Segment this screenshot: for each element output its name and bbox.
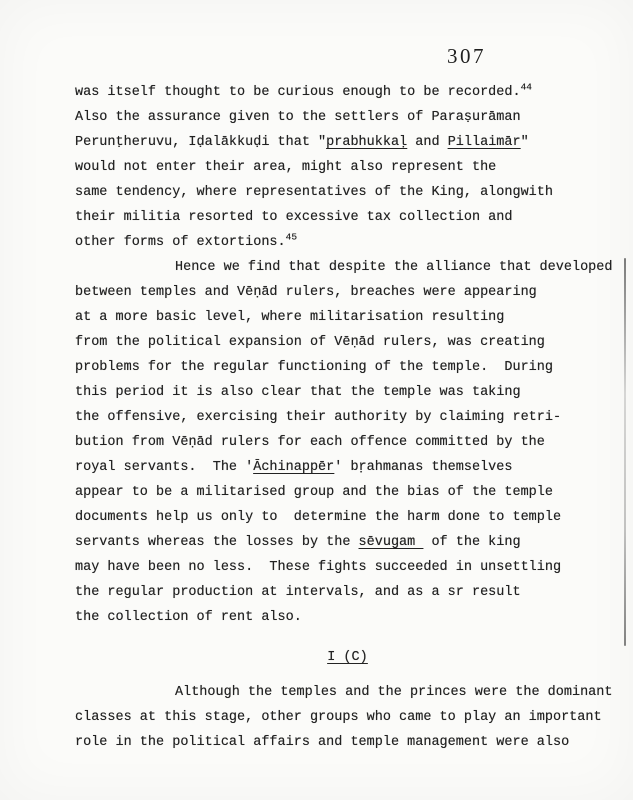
text-line: problems for the regular functioning of … (75, 355, 620, 380)
text-segment: the collection of rent also. (75, 610, 302, 625)
footnote-reference: 45 (286, 232, 297, 243)
text-line: their militia resorted to excessive tax … (75, 205, 620, 230)
text-segment: the offensive, exercising their authorit… (75, 410, 561, 425)
text-segment: Also the assurance given to the settlers… (75, 110, 521, 125)
text-line: bution from Vēṇād rulers for each offenc… (75, 430, 620, 455)
text-line: would not enter their area, might also r… (75, 155, 620, 180)
text-line: royal servants. The 'Āchinappēr' bṛahman… (75, 455, 620, 480)
text-line: appear to be a militarised group and the… (75, 480, 620, 505)
text-line: other forms of extortions.45 (75, 230, 620, 255)
text-line: Hence we find that despite the alliance … (75, 255, 620, 280)
text-segment: Perunṭheruvu, Iḍalākkuḍi that " (75, 135, 326, 150)
text-segment: ' bṛahmanas themselves (334, 460, 512, 475)
text-segment: appear to be a militarised group and the… (75, 485, 553, 500)
text-segment: problems for the regular functioning of … (75, 360, 553, 375)
text-segment: may have been no less. These fights succ… (75, 560, 561, 575)
underlined-term: Pillaimār (448, 135, 521, 150)
text-line: the regular production at intervals, and… (75, 580, 620, 605)
text-line: same tendency, where representatives of … (75, 180, 620, 205)
text-segment: would not enter their area, might also r… (75, 160, 496, 175)
text-line: Perunṭheruvu, Iḍalākkuḍi that "prabhukka… (75, 130, 620, 155)
text-line: the collection of rent also. (75, 605, 620, 630)
text-segment: " (521, 135, 529, 150)
text-line: documents help us only to determine the … (75, 505, 620, 530)
text-line: may have been no less. These fights succ… (75, 555, 620, 580)
text-segment: from the political expansion of Vēṇād ru… (75, 335, 545, 350)
text-segment: Hence we find that despite the alliance … (175, 260, 612, 275)
text-segment: other forms of extortions. (75, 235, 286, 250)
text-segment: role in the political affairs and temple… (75, 735, 569, 750)
section-heading-label: I (C) (327, 650, 368, 665)
text-segment: at a more basic level, where militarisat… (75, 310, 504, 325)
underlined-term: prabhukkaḷ (326, 135, 407, 150)
text-line: the offensive, exercising their authorit… (75, 405, 620, 430)
text-line: between temples and Vēṇād rulers, breach… (75, 280, 620, 305)
text-line: role in the political affairs and temple… (75, 730, 620, 755)
text-segment: and (407, 135, 448, 150)
text-segment: Although the temples and the princes wer… (175, 685, 612, 700)
text-segment: between temples and Vēṇād rulers, breach… (75, 285, 537, 300)
text-segment: the regular production at intervals, and… (75, 585, 521, 600)
text-segment: servants whereas the losses by the (75, 535, 359, 550)
document-body: was itself thought to be curious enough … (75, 80, 620, 755)
text-line: was itself thought to be curious enough … (75, 80, 620, 105)
text-line: classes at this stage, other groups who … (75, 705, 620, 730)
text-segment: of the king (423, 535, 520, 550)
text-line: at a more basic level, where militarisat… (75, 305, 620, 330)
text-line: Also the assurance given to the settlers… (75, 105, 620, 130)
page-number: 307 (447, 44, 486, 69)
text-segment: documents help us only to determine the … (75, 510, 561, 525)
underlined-term: Āchinappēr (253, 460, 334, 475)
text-segment: bution from Vēṇād rulers for each offenc… (75, 435, 545, 450)
text-segment: was itself thought to be curious enough … (75, 85, 521, 100)
text-segment: same tendency, where representatives of … (75, 185, 553, 200)
text-line: Although the temples and the princes wer… (75, 680, 620, 705)
text-segment: royal servants. The ' (75, 460, 253, 475)
section-heading: I (C) (75, 645, 620, 670)
text-line: servants whereas the losses by the sēvug… (75, 530, 620, 555)
text-segment: this period it is also clear that the te… (75, 385, 521, 400)
scanned-document-page: 307 was itself thought to be curious eno… (0, 0, 633, 800)
footnote-reference: 44 (521, 82, 532, 93)
text-line: this period it is also clear that the te… (75, 380, 620, 405)
text-segment: classes at this stage, other groups who … (75, 710, 602, 725)
underlined-term: sēvugam (359, 535, 424, 550)
text-segment: their militia resorted to excessive tax … (75, 210, 512, 225)
text-line: from the political expansion of Vēṇād ru… (75, 330, 620, 355)
scan-artifact-line (624, 258, 626, 646)
